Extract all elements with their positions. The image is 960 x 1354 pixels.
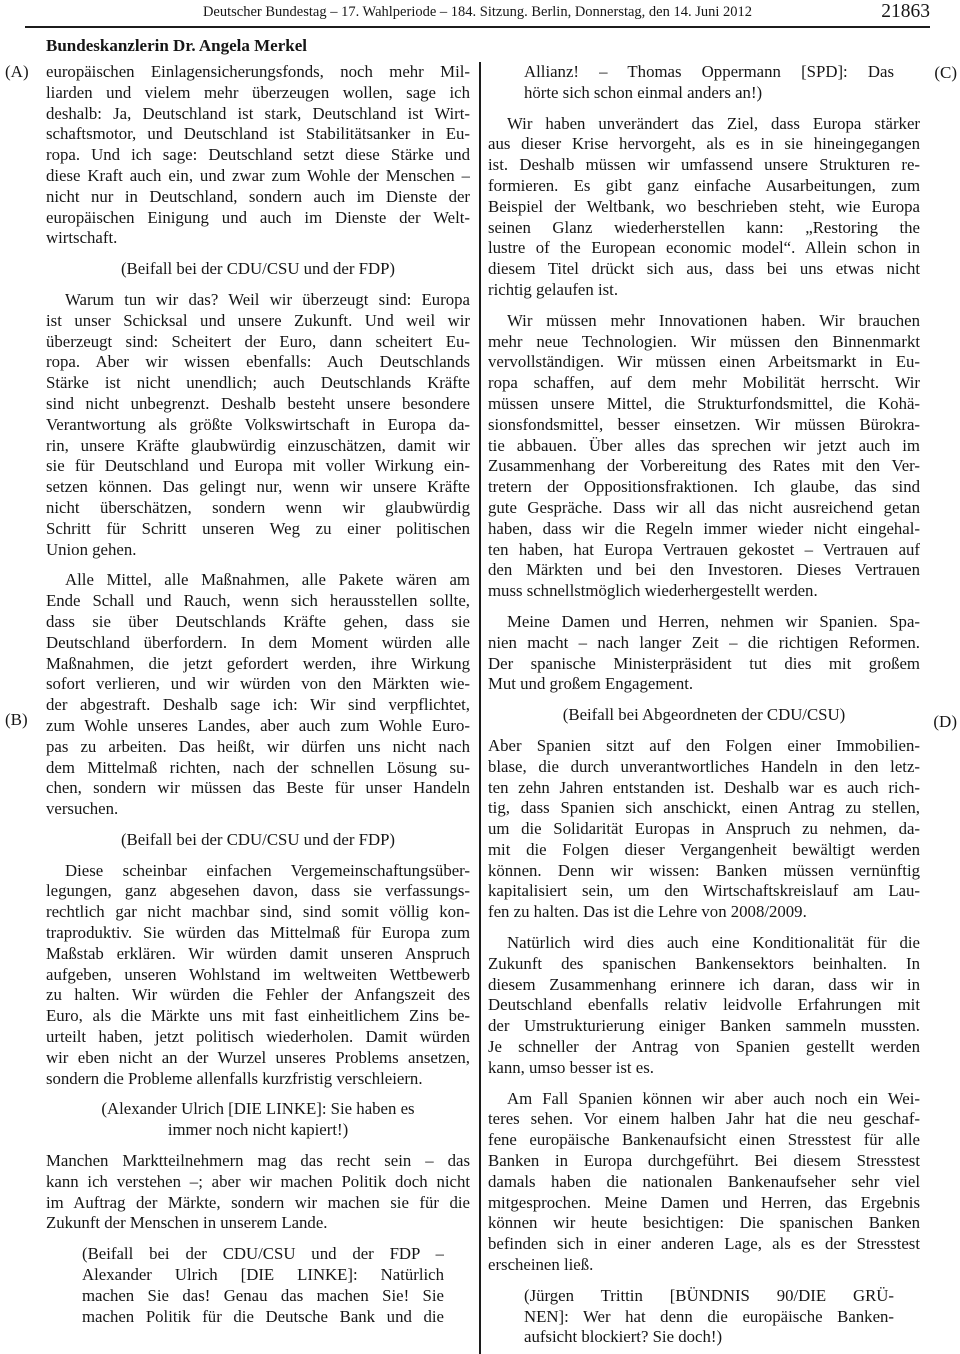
text-line: aus dieser Krise hervorgeht, als es in s… <box>488 134 920 155</box>
text-line: machen Sie das! Genau das machen Sie! Si… <box>82 1286 444 1307</box>
text-line: diesem Zusammenhang erinnere ich daran, … <box>488 975 920 996</box>
text-line: wirtschaft. <box>46 228 470 249</box>
text-line: Aber Spanien sitzt auf den Folgen einer … <box>488 736 920 757</box>
interjection-block: (Alexander Ulrich [DIE LINKE]: Sie haben… <box>46 1099 470 1141</box>
header-title: Deutscher Bundestag – 17. Wahlperiode – … <box>25 3 930 21</box>
speech-paragraph: europäischen Einlagensicherungsfonds, no… <box>46 62 470 249</box>
speech-paragraph: Wir haben unverändert das Ziel, dass Eur… <box>488 114 920 301</box>
speech-paragraph: Manchen Marktteilnehmern mag das recht s… <box>46 1151 470 1234</box>
page-header: Deutscher Bundestag – 17. Wahlperiode – … <box>25 3 930 28</box>
text-line: fen zu halten. Das ist die Lehre von 200… <box>488 902 920 923</box>
text-line: liarden und vielem mehr überzeugen wolle… <box>46 83 470 104</box>
interjection-block: (Beifall bei Abgeordneten der CDU/CSU) <box>488 705 920 726</box>
text-line: nicht überschätzen, sondern wenn wir gla… <box>46 498 470 519</box>
text-line: Deutschland überfordern. In dem Moment w… <box>46 633 470 654</box>
text-line: Der spanische Ministerpräsident tut dies… <box>488 654 920 675</box>
text-line: kapitalisiert sein, um den Wirtschaftskr… <box>488 881 920 902</box>
text-line: den Märkten und bei den Investoren. Dies… <box>488 560 920 581</box>
text-line: tie abbauen. Über alles das sprechen wir… <box>488 436 920 457</box>
interjection-block: Allianz! – Thomas Oppermann [SPD]: Dashö… <box>524 62 894 104</box>
text-line: im Auftrag der Märkte, sondern wir mache… <box>46 1193 470 1214</box>
text-line: immer noch nicht kapiert!) <box>46 1120 470 1141</box>
text-line: können. Denn wir wissen: Banken müssen v… <box>488 861 920 882</box>
text-line: formieren. Es gibt ganz einfache Ausarbe… <box>488 176 920 197</box>
text-line: Schritt für Schritt unseren Weg zu einer… <box>46 519 470 540</box>
text-line: wir eben nicht an der Wurzel unseres Pro… <box>46 1048 470 1069</box>
text-line: NEN]: Wer hat denn die europäische Banke… <box>524 1307 894 1328</box>
text-line: ropa schaffen, auf dem mehr Mobilität he… <box>488 373 920 394</box>
text-line: (Beifall bei der CDU/CSU und der FDP – <box>82 1244 444 1265</box>
text-line: Zukunft der Menschen in unserem Lande. <box>46 1213 470 1234</box>
text-line: chen, sondern wir müssen das Beste für u… <box>46 778 470 799</box>
text-line: pas zu arbeiten. Das heißt, wir dürfen u… <box>46 737 470 758</box>
text-line: dem Mittelmaß richten, nach der schnelle… <box>46 758 470 779</box>
text-line: Manchen Marktteilnehmern mag das recht s… <box>46 1151 470 1172</box>
text-line: ropa. Und ich sage: Deutschland setzt di… <box>46 145 470 166</box>
speech-paragraph: Warum tun wir das? Weil wir überzeugt si… <box>46 290 470 560</box>
text-line: müssen unsere Mittel, die Strukturfondsm… <box>488 394 920 415</box>
text-line: seinen Glanz wiederherstellen kann: „Res… <box>488 218 920 239</box>
text-line: rin, unsere Kräfte glaubwürdig einzuschä… <box>46 436 470 457</box>
text-line: setzen können. Das gelingt nur, wenn wir… <box>46 477 470 498</box>
text-line: Mut und großem Engagement. <box>488 674 920 695</box>
text-line: ropa. Aber wir wissen ebenfalls: Auch De… <box>46 352 470 373</box>
text-line: deshalb: Ja, Deutschland ist stark, Deut… <box>46 104 470 125</box>
text-line: sofort verlieren, und wir würden von den… <box>46 674 470 695</box>
text-line: gute Gespräche. Dass wir all das nicht a… <box>488 498 920 519</box>
text-line: nien macht – nach langer Zeit – die rich… <box>488 633 920 654</box>
column-marker-a: (A) <box>5 62 29 82</box>
text-line: um die Solidarität Europas in Anspruch z… <box>488 819 920 840</box>
text-line: europäischen Einigung und auch im Dienst… <box>46 208 470 229</box>
text-line: Am Fall Spanien können wir aber auch noc… <box>488 1089 920 1110</box>
text-line: teres sehen. Vor einem halben Jahr hat d… <box>488 1109 920 1130</box>
text-line: zu halten. Wir würden die Fehler der Anf… <box>46 985 470 1006</box>
speech-paragraph: Alle Mittel, alle Maßnahmen, alle Pakete… <box>46 570 470 820</box>
text-line: Meine Damen und Herren, nehmen wir Spani… <box>488 612 920 633</box>
text-line: Wir haben unverändert das Ziel, dass Eur… <box>488 114 920 135</box>
text-line: Beispiel der Weltbank, wo beschrieben st… <box>488 197 920 218</box>
text-line: sie für Deutschland und Europa mit volle… <box>46 456 470 477</box>
text-line: Alle Mittel, alle Maßnahmen, alle Pakete… <box>46 570 470 591</box>
text-line: aufsicht blockiert? Sie doch!) <box>524 1327 894 1348</box>
text-line: (Jürgen Trittin [BÜNDNIS 90/DIE GRÜ- <box>524 1286 894 1307</box>
text-line: Banken in Europa durchgeführt. Bei diese… <box>488 1151 920 1172</box>
column-marker-c: (C) <box>934 63 957 83</box>
text-line: Stärke ist nicht unendlich; auch Deutsch… <box>46 373 470 394</box>
text-line: muss schnellstmöglich wiederhergestellt … <box>488 581 920 602</box>
text-line: sondern die Probleme allenfalls kurzfris… <box>46 1069 470 1090</box>
text-line: Union gehen. <box>46 540 470 561</box>
text-line: dass sie über Deutschlands Kräfte gehen,… <box>46 612 470 633</box>
text-line: nicht nur in Deutschland, sondern auch i… <box>46 187 470 208</box>
text-line: sind nicht unbegrenzt. Deshalb besteht u… <box>46 394 470 415</box>
text-line: (Beifall bei Abgeordneten der CDU/CSU) <box>488 705 920 726</box>
text-line: Zukunft des spanischen Bankensektors bei… <box>488 954 920 975</box>
text-line: Diese scheinbar einfachen Vergemeinschaf… <box>46 861 470 882</box>
text-line: machen Politik für die Deutsche Bank und… <box>82 1307 444 1328</box>
text-line: mit die Folgen dieser Vergangenheit bewä… <box>488 840 920 861</box>
speech-paragraph: Meine Damen und Herren, nehmen wir Spani… <box>488 612 920 695</box>
text-line: versuchen. <box>46 799 470 820</box>
speech-paragraph: Diese scheinbar einfachen Vergemeinschaf… <box>46 861 470 1090</box>
page-number: 21863 <box>873 1 930 23</box>
text-line: Deutschland ebenfalls relativ leidvolle … <box>488 995 920 1016</box>
text-line: fene europäische Bankenaufsicht einen St… <box>488 1130 920 1151</box>
text-line: Verantwortung als größte Volkswirtschaft… <box>46 415 470 436</box>
text-line: überzeugt sind: Scheitert der Euro, dann… <box>46 332 470 353</box>
speech-paragraph: Wir müssen mehr Innovationen haben. Wir … <box>488 311 920 602</box>
text-line: europäischen Einlagensicherungsfonds, no… <box>46 62 470 83</box>
right-column: Allianz! – Thomas Oppermann [SPD]: Dashö… <box>488 62 920 1348</box>
column-divider <box>479 62 481 1354</box>
text-line: vervollständigen. Wir müssen einen Arbei… <box>488 352 920 373</box>
text-line: legungen, ganz abgesehen davon, dass sie… <box>46 881 470 902</box>
interjection-block: (Beifall bei der CDU/CSU und der FDP) <box>46 259 470 280</box>
left-column: europäischen Einlagensicherungsfonds, no… <box>46 62 470 1327</box>
text-line: tretern der Oppositionsfraktionen. Ich g… <box>488 477 920 498</box>
text-line: Maßnahmen, die jetzt gefordert werden, i… <box>46 654 470 675</box>
text-line: tig, dass Spanien sich anschickt, einen … <box>488 798 920 819</box>
text-line: Alexander Ulrich [DIE LINKE]: Natürlich <box>82 1265 444 1286</box>
text-line: ten haben, hat Europa Vertrauen gekostet… <box>488 540 920 561</box>
text-line: Warum tun wir das? Weil wir überzeugt si… <box>46 290 470 311</box>
text-line: ist unser Schicksal und unsere Zukunft. … <box>46 311 470 332</box>
text-line: Euro, als die Märkte uns mit fast einhei… <box>46 1006 470 1027</box>
text-line: haben, dass wir die Regeln immer wieder … <box>488 519 920 540</box>
text-line: schaftsmotor, und Deutschland ist Stabil… <box>46 124 470 145</box>
text-line: Natürlich wird dies auch eine Konditiona… <box>488 933 920 954</box>
text-line: diese Kraft auch ein, und zwar zum Wohle… <box>46 166 470 187</box>
text-line: Allianz! – Thomas Oppermann [SPD]: Das <box>524 62 894 83</box>
text-line: kann, umso besser ist es. <box>488 1058 920 1079</box>
text-line: können wir heute besichtigen: Die spanis… <box>488 1213 920 1234</box>
text-line: ist. Deshalb müssen wir umfassend unsere… <box>488 155 920 176</box>
column-marker-b: (B) <box>5 710 28 730</box>
text-line: Je schneller der Antrag von Spanien gest… <box>488 1037 920 1058</box>
speech-paragraph: Natürlich wird dies auch eine Konditiona… <box>488 933 920 1079</box>
interjection-block: (Beifall bei der CDU/CSU und der FDP) <box>46 830 470 851</box>
text-line: sionsfondsmittel, besser einsetzen. Wir … <box>488 415 920 436</box>
text-line: rechtlich gar nicht machbar sind, sind s… <box>46 902 470 923</box>
text-line: (Beifall bei der CDU/CSU und der FDP) <box>46 259 470 280</box>
text-line: kann ich verstehen –; aber wir machen Po… <box>46 1172 470 1193</box>
text-line: ten zehn Jahren entstanden ist. Deshalb … <box>488 778 920 799</box>
text-line: Zusammenhang der Vorbereitung des Rates … <box>488 456 920 477</box>
speech-paragraph: Aber Spanien sitzt auf den Folgen einer … <box>488 736 920 923</box>
column-marker-d: (D) <box>933 712 957 732</box>
text-line: hörte sich schon einmal anders an!) <box>524 83 894 104</box>
interjection-block: (Jürgen Trittin [BÜNDNIS 90/DIE GRÜ-NEN]… <box>524 1286 894 1348</box>
speech-paragraph: Am Fall Spanien können wir aber auch noc… <box>488 1089 920 1276</box>
text-line: blase, die durch unverantwortliches Hand… <box>488 757 920 778</box>
text-line: (Alexander Ulrich [DIE LINKE]: Sie haben… <box>46 1099 470 1120</box>
text-line: traproduktiv. Sie würden das Mittelmaß f… <box>46 923 470 944</box>
text-line: mitgesprochen. Meine Damen und Herren, d… <box>488 1193 920 1214</box>
protocol-page: Deutscher Bundestag – 17. Wahlperiode – … <box>0 0 960 1354</box>
text-line: Ende Schall und Rauch, wenn sich herauss… <box>46 591 470 612</box>
text-line: mehr neue Technologien. Wir müssen den B… <box>488 332 920 353</box>
interjection-block: (Beifall bei der CDU/CSU und der FDP –Al… <box>82 1244 444 1327</box>
speaker-name: Bundeskanzlerin Dr. Angela Merkel <box>46 36 307 56</box>
text-line: diesem Titel drückt sich aus, dass bei u… <box>488 259 920 280</box>
text-line: (Beifall bei der CDU/CSU und der FDP) <box>46 830 470 851</box>
text-line: lustre of the European economic model“. … <box>488 238 920 259</box>
text-line: Maßstab erklären. Wir würden damit unser… <box>46 944 470 965</box>
text-line: der abgestraft. Deshalb sage ich: Wir si… <box>46 695 470 716</box>
text-line: Wir müssen mehr Innovationen haben. Wir … <box>488 311 920 332</box>
text-line: richtig gelaufen ist. <box>488 280 920 301</box>
text-line: befinden sich in einer anderen Lage, als… <box>488 1234 920 1255</box>
text-line: aufgeben, unseren Wohlstand im weltweite… <box>46 965 470 986</box>
text-line: damals haben die nationalen Bankenaufseh… <box>488 1172 920 1193</box>
text-line: urteilt haben, jetzt politisch wiederhol… <box>46 1027 470 1048</box>
text-line: der Umstrukturierung einiger Banken samm… <box>488 1016 920 1037</box>
text-line: erscheinen ließ. <box>488 1255 920 1276</box>
text-line: zum Wohle unseres Landes, aber auch zum … <box>46 716 470 737</box>
